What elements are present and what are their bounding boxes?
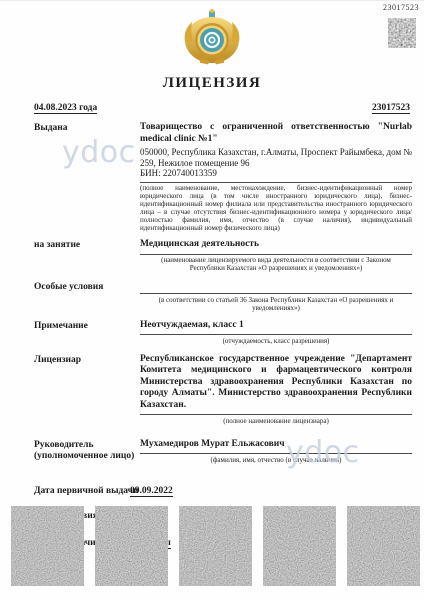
barcode-block <box>95 506 168 586</box>
field-row-head: Руководитель (уполномоченное лицо) Мухам… <box>34 439 412 464</box>
licensor-content: Республиканское государственное учрежден… <box>140 354 412 425</box>
activity-value: Медицинская деятельность <box>140 239 412 251</box>
activity-label: на занятие <box>34 239 140 272</box>
licensor-note: (полное наименование лицензиара) <box>140 417 412 425</box>
remark-label: Примечание <box>34 320 140 345</box>
issue-date: 04.08.2023 года <box>34 103 97 114</box>
barcode-strip <box>11 506 424 586</box>
license-number: 23017523 <box>372 103 410 114</box>
field-row-first-issue-date: Дата первичной выдачи 09.09.2022 <box>34 486 412 497</box>
field-row-licensor: Лицензиар Республиканское государственно… <box>34 354 412 425</box>
issued-to-content: Товарищество с ограниченной ответственно… <box>140 122 412 232</box>
special-conditions-content: (в соответствии со статьей 36 Закона Рес… <box>140 281 412 312</box>
activity-note: (наименование лицензируемого вида деятел… <box>140 256 412 272</box>
remark-value: Неотчуждаемая, класс 1 <box>140 320 412 332</box>
divider-line <box>140 182 412 183</box>
barcode-block <box>263 506 336 586</box>
issued-to-label: Выдана <box>34 122 140 232</box>
empty-value <box>140 281 412 290</box>
barcode-block <box>347 506 420 586</box>
field-row-special-conditions: Особые условия (в соответствии со статье… <box>34 281 412 312</box>
issued-to-note: (полное наименование, местонахождение, б… <box>140 184 412 232</box>
meta-row: 04.08.2023 года 23017523 <box>34 103 410 114</box>
kazakhstan-emblem-icon <box>182 8 242 66</box>
issued-to-bin: БИН: 220740013359 <box>140 168 412 179</box>
fields-area: Выдана Товарищество с ограниченной ответ… <box>34 122 412 549</box>
head-content: Мухамедиров Мурат Ельжасович (фамилия, и… <box>140 439 412 464</box>
issued-to-address: 050000, Республика Казахстан, г.Алматы, … <box>140 147 412 168</box>
issued-to-value: Товарищество с ограниченной ответственно… <box>140 122 412 145</box>
head-label: Руководитель (уполномоченное лицо) <box>34 439 140 464</box>
activity-content: Медицинская деятельность (наименование л… <box>140 239 412 272</box>
barcode-block <box>11 506 84 586</box>
licensor-label: Лицензиар <box>34 354 140 425</box>
divider-line <box>140 254 412 255</box>
head-label-line1: Руководитель <box>34 439 140 450</box>
field-row-remark: Примечание Неотчуждаемая, класс 1 (отчуж… <box>34 320 412 345</box>
license-number-top: 23017523 <box>383 3 419 12</box>
head-note: (фамилия, имя, отчество (в случае наличи… <box>140 456 412 464</box>
head-value: Мухамедиров Мурат Ельжасович <box>140 439 412 451</box>
divider-line <box>140 414 412 415</box>
field-row-issued-to: Выдана Товарищество с ограниченной ответ… <box>34 122 412 232</box>
licensor-value: Республиканское государственное учрежден… <box>140 354 412 412</box>
first-issue-date-value: 09.09.2022 <box>130 486 173 497</box>
remark-note: (отчуждаемость, класс разрешения) <box>140 337 412 345</box>
special-conditions-label: Особые условия <box>34 281 140 312</box>
head-label-line2: (уполномоченное лицо) <box>34 450 140 461</box>
divider-line <box>140 334 412 335</box>
divider-line <box>140 293 412 294</box>
document-title: ЛИЦЕНЗИЯ <box>0 75 424 92</box>
barcode-block <box>179 506 252 586</box>
field-row-activity: на занятие Медицинская деятельность (наи… <box>34 239 412 272</box>
qr-code-icon <box>388 18 416 48</box>
first-issue-date-label: Дата первичной выдачи <box>34 486 130 497</box>
special-conditions-note: (в соответствии со статьей 36 Закона Рес… <box>140 296 412 312</box>
remark-content: Неотчуждаемая, класс 1 (отчуждаемость, к… <box>140 320 412 345</box>
divider-line <box>140 453 412 454</box>
license-document: 23017523 <box>0 0 424 600</box>
